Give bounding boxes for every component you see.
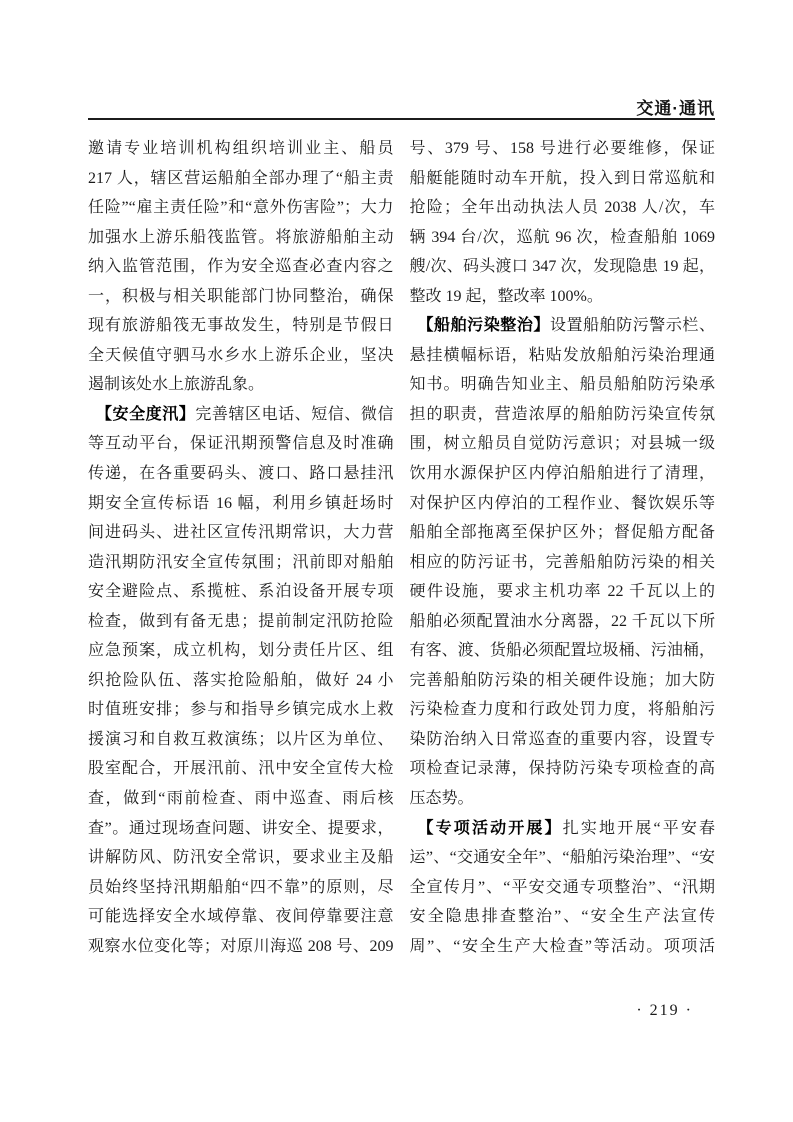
text-line: 217 人，辖区营运船舶全部办理了“船主责: [88, 164, 394, 194]
text-line: 全天候值守驷马水乡水上游乐企业，坚决: [88, 341, 394, 371]
text-line: 造汛期防汛安全宣传氛围；汛前即对船舶: [88, 548, 394, 578]
text-columns: 邀请专业培训机构组织培训业主、船员217 人，辖区营运船舶全部办理了“船主责任险…: [88, 134, 715, 961]
text-line: 时值班安排；参与和指导乡镇完成水上救: [88, 695, 394, 725]
text-line: 间进码头、进社区宣传汛期常识，大力营: [88, 518, 394, 548]
text-line: 【船舶污染整治】设置船舶防污警示栏、: [410, 311, 716, 341]
text-line: 艘/次、码头渡口 347 次，发现隐患 19 起，: [410, 252, 716, 282]
text-line: 船舶全部拖离至保护区外；督促船方配备: [410, 518, 716, 548]
text-line: 担的职责，营造浓厚的船舶防污染宣传氛: [410, 400, 716, 430]
text-line: 查”。通过现场查问题、讲安全、提要求，: [88, 814, 394, 844]
text-line: 抢险；全年出动执法人员 2038 人/次，车: [410, 193, 716, 223]
text-line: 染防治纳入日常巡查的重要内容，设置专: [410, 725, 716, 755]
text-line: 知书。明确告知业主、船员船舶防污染承: [410, 370, 716, 400]
text-line: 检查，做到有备无患；提前制定汛防抢险: [88, 607, 394, 637]
text-line: 辆 394 台/次，巡航 96 次，检查船舶 1069: [410, 223, 716, 253]
text-line: 观察水位变化等；对原川海巡 208 号、209: [88, 932, 394, 962]
text-line: 一，积极与相关职能部门协同整治，确保: [88, 282, 394, 312]
text-line: 讲解防风、防汛安全常识，要求业主及船: [88, 843, 394, 873]
text-line: 援演习和自救互救演练；以片区为单位、: [88, 725, 394, 755]
text-line: 员始终坚持汛期船舶“四不靠”的原则，尽: [88, 873, 394, 903]
entry-heading: 【船舶污染整治】: [418, 317, 550, 334]
text-line: 悬挂横幅标语，粘贴发放船舶污染治理通: [410, 341, 716, 371]
text-line: 硬件设施，要求主机功率 22 千瓦以上的: [410, 577, 716, 607]
text-line: 织抢险队伍、落实抢险船舶，做好 24 小: [88, 666, 394, 696]
text-line: 号、379 号、158 号进行必要维修，保证: [410, 134, 716, 164]
text-line: 有客、渡、货船必须配置垃圾桶、污油桶，: [410, 636, 716, 666]
text-line: 纳入监管范围，作为安全巡查必查内容之: [88, 252, 394, 282]
text-line: 等互动平台，保证汛期预警信息及时准确: [88, 429, 394, 459]
text-line: 船舶必须配置油水分离器，22 千瓦以下所: [410, 607, 716, 637]
text-line: 安全隐患排查整治”、“安全生产法宣传: [410, 902, 716, 932]
text-line: 应急预案，成立机构，划分责任片区、组: [88, 636, 394, 666]
text-line: 全宣传月”、“平安交通专项整治”、“汛期: [410, 873, 716, 903]
text-line: 围，树立船员自觉防污意识；对县城一级: [410, 429, 716, 459]
text-line: 期安全宣传标语 16 幅，利用乡镇赶场时: [88, 489, 394, 519]
text-line: 遏制该处水上旅游乱象。: [88, 370, 394, 400]
text-line: 对保护区内停泊的工程作业、餐饮娱乐等: [410, 489, 716, 519]
entry-heading: 【专项活动开展】: [418, 820, 563, 837]
text-line: 传递，在各重要码头、渡口、路口悬挂汛: [88, 459, 394, 489]
entry-heading: 【安全度汛】: [96, 406, 195, 423]
text-line: 可能选择安全水域停靠、夜间停靠要注意: [88, 902, 394, 932]
left-column: 邀请专业培训机构组织培训业主、船员217 人，辖区营运船舶全部办理了“船主责任险…: [88, 134, 394, 961]
document-page: 交通·通讯 邀请专业培训机构组织培训业主、船员217 人，辖区营运船舶全部办理了…: [0, 0, 793, 1122]
text-line: 【安全度汛】完善辖区电话、短信、微信: [88, 400, 394, 430]
text-line: 船艇能随时动车开航，投入到日常巡航和: [410, 164, 716, 194]
text-line: 查，做到“雨前检查、雨中巡查、雨后核: [88, 784, 394, 814]
text-line: 加强水上游乐船筏监管。将旅游船舶主动: [88, 223, 394, 253]
text-line: 相应的防污证书，完善船舶防污染的相关: [410, 548, 716, 578]
text-line: 任险”“雇主责任险”和“意外伤害险”；大力: [88, 193, 394, 223]
text-line: 【专项活动开展】扎实地开展“平安春: [410, 814, 716, 844]
header-rule: [88, 118, 715, 120]
text-line: 项检查记录薄，保持防污染专项检查的高: [410, 754, 716, 784]
right-column: 号、379 号、158 号进行必要维修，保证船艇能随时动车开航，投入到日常巡航和…: [410, 134, 716, 961]
text-line: 周”、“安全生产大检查”等活动。项项活: [410, 932, 716, 962]
text-line: 安全避险点、系揽桩、系泊设备开展专项: [88, 577, 394, 607]
text-line: 污染检查力度和行政处罚力度，将船舶污: [410, 695, 716, 725]
page-number: · 219 ·: [636, 1002, 693, 1020]
text-line: 运”、“交通安全年”、“船舶污染治理”、“安: [410, 843, 716, 873]
text-line: 饮用水源保护区内停泊船舶进行了清理，: [410, 459, 716, 489]
text-line: 邀请专业培训机构组织培训业主、船员: [88, 134, 394, 164]
text-line: 现有旅游船筏无事故发生，特别是节假日: [88, 311, 394, 341]
text-line: 整改 19 起，整改率 100%。: [410, 282, 716, 312]
text-line: 压态势。: [410, 784, 716, 814]
text-line: 完善船舶防污染的相关硬件设施；加大防: [410, 666, 716, 696]
section-header: 交通·通讯: [636, 94, 715, 119]
text-line: 股室配合，开展汛前、汛中安全宣传大检: [88, 754, 394, 784]
